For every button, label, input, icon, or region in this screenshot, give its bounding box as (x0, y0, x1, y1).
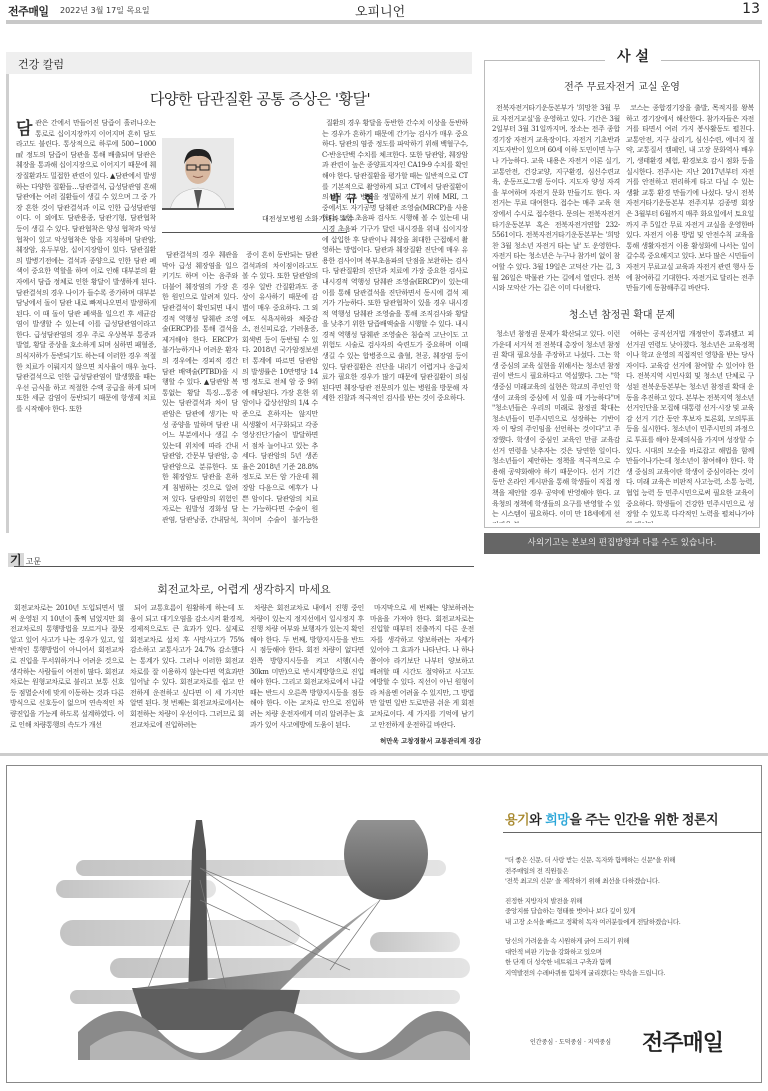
author-photo (162, 138, 234, 210)
masthead-paper-name: 전주매일 (8, 3, 49, 19)
health-column-text-1: 담관은 간에서 만들어진 담즙이 흘러나오는 통로로 십이지장까지 이어지며 흔… (16, 118, 156, 526)
ad-divider (503, 832, 762, 833)
contribution-title: 회전교차로, 어렵게 생각하지 마세요 (14, 581, 474, 597)
contribution-divider (14, 566, 474, 567)
health-column-title: 다양한 담관질환 공통 증상은 '황달' (60, 88, 460, 109)
editorial-title: 전주 무료자전거 교실 운영 (484, 78, 760, 93)
contribution-text-4: 마지막으로 세 번째는 양보하려는 마음을 가져야 한다. 회전교차로는 진입할… (370, 603, 474, 731)
section-divider (0, 753, 768, 756)
sailing-ship-illustration-icon (50, 820, 470, 1060)
author-divider (162, 232, 347, 233)
health-column-tag: 건강 칼럼 (6, 52, 472, 74)
health-column-text-3: 증이 흔히 동반되는 담관결석과의 차이점이라고도 볼 수 있다. 또한 담관암… (242, 250, 318, 526)
section-title: 오피니언 (355, 1, 405, 20)
disclaimer-notice: 사외기고는 본보의 편집방향과 다를 수도 있습니다. (484, 533, 760, 554)
masthead-date: 2022년 3월 17일 목요일 (60, 5, 150, 16)
ad-body: "더 좋은 신문, 더 사랑 받는 신문, 독자와 함께하는 신문"을 위해 전… (505, 855, 755, 987)
editorial-sub-text-1: 청소년 참정권 문제가 확산되고 있다. 이런 가운데 서거석 전 전북대 총장… (492, 329, 620, 523)
ad-logo: 전주매일 (642, 1026, 723, 1057)
contribution-text-1: 회전교차로는 2010년 도입되면서 벌써 운영된 지 10년이 훌쩍 넘었지만… (10, 603, 124, 735)
ad-paragraph: "더 좋은 신문, 더 사랑 받는 신문, 독자와 함께하는 신문"을 위해 전… (505, 855, 755, 887)
author-portrait-icon (162, 138, 234, 210)
page-number: 13 (742, 1, 760, 17)
contribution-text-3: 차량은 회전교차로 내에서 진행 중인 차량이 있는지 정지선에서 일시정지 후… (250, 603, 364, 735)
ad-paragraph: 당신의 가려움을 속 시원하게 긁어 드리기 위해 대안적 비판 기능을 강화하… (505, 936, 755, 978)
editorial-text-1: 전북자전거타기운동본부가 '희망찬 3월 무료 자전거교실'을 운영하고 있다.… (492, 103, 620, 293)
dropcap: 담 (16, 120, 32, 138)
editorial-text-2: 코스는 종합경기장을 출발, 목적지를 왕복하고 경기장에서 해산한다. 참가자… (626, 103, 754, 293)
ad-slogan: 인간중심 · 도덕중심 · 지역중심 (530, 1037, 611, 1046)
contribution-text-2: 되어 교통흐름이 원활하게 하는데 도움이 되고 대기오염을 감소시켜 환경적,… (130, 603, 244, 735)
header-divider (6, 20, 762, 24)
ad-paragraph: 진정한 지방자치 발전을 위해 중앙지를 답습하는 형태를 벗어나 보다 깊이 … (505, 896, 755, 928)
editorial-sub-text-2: 여하는 공직선거법 개정안이 통과됐고 피선거권 연령도 낮아졌다. 청소년은 … (626, 329, 754, 523)
health-column-text-4: 질환의 경우 황달을 동반한 간수치 이상을 동반하는 경우가 흔하기 때문에 … (322, 118, 468, 526)
editorial-label: 사 설 (605, 46, 661, 66)
contribution-author: 허만욱 고창경찰서 교통관리계 경감 (380, 736, 481, 745)
ad-headline: 용기와 희망을 주는 인간을 위한 정론지 (505, 809, 718, 828)
health-column-text-2: 담관결석의 경우 췌관을 막아 급성 췌장염을 일으키기도 하며 이는 음주와 … (162, 250, 238, 526)
editorial-subtitle: 청소년 참정권 확대 문제 (484, 306, 760, 321)
